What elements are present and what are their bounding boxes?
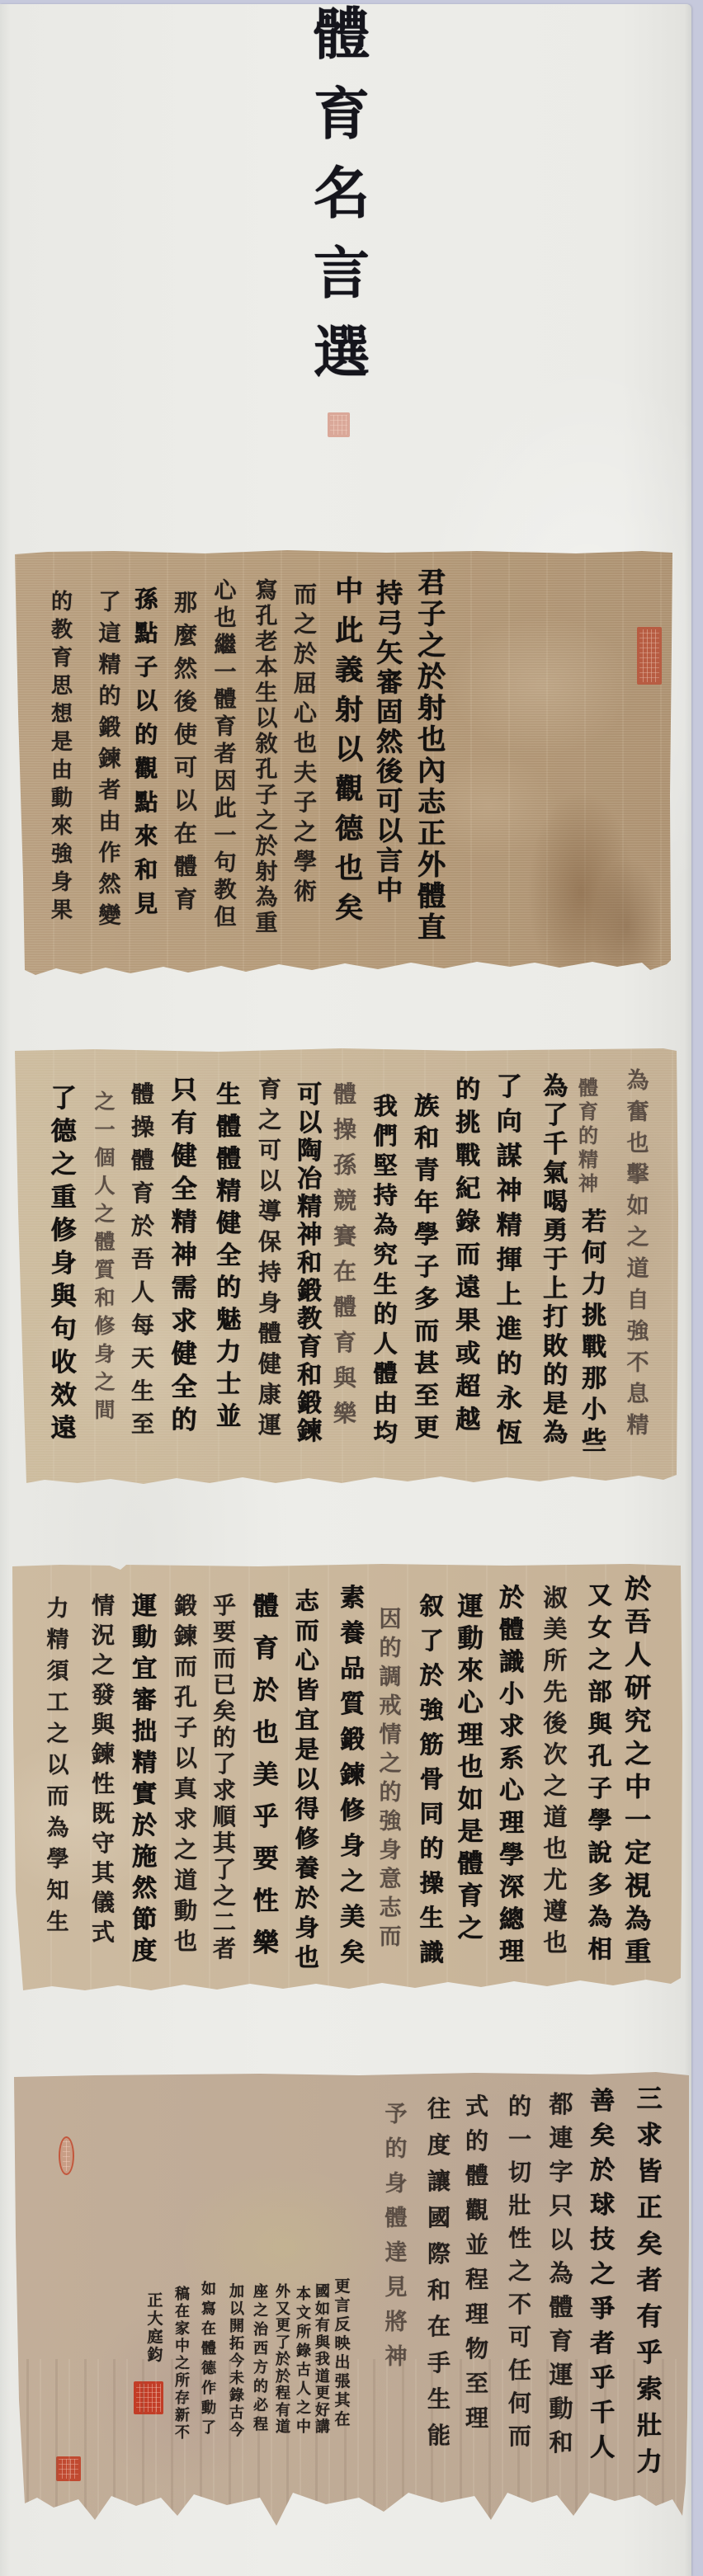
calligraphy-character: 其 — [89, 1862, 117, 1885]
calligraphy-character: 求 — [210, 1779, 238, 1802]
calligraphy-character: 更 — [412, 1416, 441, 1441]
calligraphy-character: 出 — [333, 2355, 352, 2371]
calligraphy-character: 所 — [173, 2374, 191, 2389]
calligraphy-character: 不 — [173, 2426, 191, 2441]
calligraphy-character: 為 — [622, 1905, 653, 1932]
calligraphy-character: 康 — [256, 1383, 284, 1406]
calligraphy-character: 精 — [97, 654, 123, 676]
calligraphy-character: 識 — [497, 1651, 526, 1675]
calligraphy-character: 鍊 — [97, 748, 123, 770]
calligraphy-character: 身 — [383, 2173, 409, 2195]
calligraphy-character: 錄 — [295, 2344, 313, 2359]
calligraphy-character: 質 — [92, 1260, 117, 1280]
calligraphy-character: 是 — [293, 1738, 322, 1762]
calligraphy-character: 如 — [625, 1195, 651, 1217]
calligraphy-character: 國 — [314, 2285, 332, 2300]
calligraphy-character: 體 — [577, 1078, 601, 1098]
signature-seal-stamp — [134, 2381, 163, 2414]
calligraphy-column: 往度讓國際和在手生能 — [425, 2098, 453, 2461]
calligraphy-character: 相 — [586, 1938, 615, 1961]
calligraphy-column: 了德之重修身與句收效遠 — [48, 1086, 78, 1449]
calligraphy-character: 射 — [415, 695, 449, 723]
calligraphy-character: 以 — [547, 2228, 576, 2252]
calligraphy-character: 體 — [455, 1852, 485, 1877]
calligraphy-character: 矣 — [634, 2232, 664, 2258]
calligraphy-character: 的 — [506, 2095, 534, 2118]
calligraphy-character: 也 — [415, 726, 449, 754]
calligraphy-character: 遠 — [453, 1276, 483, 1301]
calligraphy-character: 點 — [132, 791, 160, 814]
calligraphy-character: 也 — [293, 1946, 322, 1970]
calligraphy-character: 體 — [331, 1083, 359, 1106]
calligraphy-character: 言 — [333, 2298, 352, 2314]
calligraphy-character: 理 — [463, 2303, 491, 2326]
calligraphy-character: 者 — [210, 1938, 238, 1961]
calligraphy-character: 度 — [130, 1939, 159, 1964]
calligraphy-character: 又 — [274, 2302, 292, 2317]
calligraphy-character: 了 — [493, 1075, 524, 1100]
calligraphy-column: 予的身體達見將神 — [383, 2103, 409, 2381]
calligraphy-character: 生 — [418, 1906, 446, 1930]
colophon-column: 加以開拓今未錄古今 — [228, 2285, 246, 2441]
calligraphy-character: 果 — [453, 1309, 483, 1334]
calligraphy-character: 道 — [274, 2420, 292, 2435]
calligraphy-character: 發 — [89, 1684, 117, 1707]
calligraphy-character: 心 — [497, 1779, 526, 1804]
calligraphy-character: 多 — [586, 1873, 615, 1897]
calligraphy-character: 達 — [383, 2242, 409, 2264]
calligraphy-panel-4: 三求皆正矣者有乎索壯力善矣於球技之爭者乎千人都連字只以為體育運動和的一切壯性之不… — [12, 2070, 691, 2536]
calligraphy-column: 為奮也擊如之道自強不息精 — [625, 1070, 651, 1446]
calligraphy-character: 研 — [622, 1674, 653, 1701]
calligraphy-character: 之 — [586, 1648, 615, 1672]
calligraphy-character: 學 — [45, 1848, 71, 1871]
calligraphy-character: 如 — [455, 1787, 485, 1813]
calligraphy-character: 有 — [168, 1111, 199, 1137]
calligraphy-character: 鍊 — [172, 1625, 200, 1648]
calligraphy-character: 體 — [497, 1618, 526, 1643]
calligraphy-character: 全 — [168, 1375, 199, 1401]
calligraphy-character: 性 — [89, 1773, 117, 1796]
calligraphy-character: 士 — [214, 1373, 243, 1397]
calligraphy-character: 也 — [172, 1930, 200, 1953]
calligraphy-character: 麼 — [172, 624, 200, 648]
calligraphy-character: 以 — [172, 1747, 200, 1770]
calligraphy-character: 而 — [293, 1619, 322, 1643]
calligraphy-character: 於 — [418, 1664, 446, 1688]
calligraphy-character: 全 — [214, 1244, 243, 1269]
calligraphy-character: 德 — [200, 2362, 218, 2376]
calligraphy-character: 觀 — [132, 757, 160, 780]
calligraphy-character: 了 — [274, 2336, 292, 2351]
calligraphy-character: 操 — [418, 1872, 446, 1896]
calligraphy-character: 學 — [586, 1809, 615, 1833]
calligraphy-character: 任 — [506, 2359, 534, 2382]
calligraphy-character: 並 — [214, 1405, 243, 1429]
calligraphy-character: 索 — [634, 2377, 664, 2403]
calligraphy-character: 持 — [371, 1184, 400, 1208]
calligraphy-column: 又女之部與孔子學說多為相 — [586, 1584, 615, 1970]
calligraphy-column: 鍛鍊而孔子以真求之道動也 — [172, 1594, 200, 1961]
calligraphy-column: 運動來心理也如是體育之 — [455, 1594, 485, 1948]
calligraphy-character: 重 — [253, 912, 280, 935]
calligraphy-character: 也 — [541, 1837, 570, 1861]
calligraphy-character: 育 — [256, 1078, 284, 1101]
calligraphy-character: 體 — [308, 7, 375, 63]
calligraphy-character: 由 — [97, 811, 123, 833]
calligraphy-character: 孔 — [253, 605, 280, 628]
colophon-column: 座之治西方的必程 — [252, 2285, 270, 2437]
calligraphy-column: 生體體精健全的魅力士並 — [214, 1083, 243, 1437]
calligraphy-character: 觀 — [463, 2199, 491, 2222]
calligraphy-character: 際 — [425, 2243, 453, 2266]
calligraphy-character: 志 — [293, 1589, 322, 1613]
calligraphy-character: 讓 — [425, 2170, 453, 2193]
calligraphy-character: 之 — [291, 613, 319, 636]
calligraphy-character: 弓 — [374, 610, 405, 636]
calligraphy-character: 於 — [497, 1586, 526, 1611]
calligraphy-character: 由 — [371, 1392, 400, 1415]
calligraphy-character: 都 — [547, 2093, 576, 2117]
calligraphy-character: 者 — [97, 779, 123, 802]
calligraphy-character: 工 — [45, 1692, 71, 1714]
calligraphy-character: 次 — [541, 1743, 570, 1767]
calligraphy-character: 戰 — [579, 1335, 609, 1360]
calligraphy-character: 予 — [383, 2103, 409, 2126]
calligraphy-character: 上 — [493, 1283, 524, 1308]
calligraphy-character: 說 — [586, 1841, 615, 1865]
calligraphy-character: 人 — [371, 1332, 400, 1356]
calligraphy-character: 要 — [210, 1621, 238, 1644]
calligraphy-character: 叙 — [418, 1594, 446, 1618]
calligraphy-character: 西 — [252, 2342, 270, 2357]
calligraphy-character: 持 — [374, 580, 405, 606]
calligraphy-character: 體 — [214, 1115, 243, 1140]
calligraphy-character: 一 — [622, 1806, 653, 1833]
calligraphy-character: 之 — [541, 1774, 570, 1798]
calligraphy-character: 總 — [497, 1908, 526, 1933]
calligraphy-character: 動 — [200, 2401, 218, 2416]
calligraphy-character: 也 — [455, 1755, 485, 1781]
calligraphy-character: 義 — [333, 657, 366, 685]
calligraphy-character: 使 — [172, 723, 200, 746]
calligraphy-character: 究 — [622, 1707, 653, 1734]
calligraphy-character: 心 — [212, 580, 238, 602]
calligraphy-character: 矢 — [374, 639, 405, 666]
calligraphy-character: 鍊 — [295, 1420, 324, 1444]
calligraphy-character: 有 — [314, 2319, 332, 2333]
calligraphy-column: 體育於也美乎要性樂 — [250, 1594, 281, 1973]
calligraphy-character: 二 — [210, 1911, 238, 1934]
calligraphy-character: 鍛 — [337, 1728, 367, 1753]
calligraphy-character: 既 — [89, 1802, 117, 1825]
calligraphy-column: 情況之發與鍊性既守其儀式 — [89, 1594, 117, 1951]
calligraphy-character: 其 — [210, 1832, 238, 1855]
calligraphy-character: 以 — [256, 1170, 284, 1193]
calligraphy-character: 人 — [587, 2436, 617, 2461]
calligraphy-character: 育 — [172, 888, 200, 911]
calligraphy-character: 而 — [291, 583, 319, 606]
calligraphy-character: 以 — [172, 789, 200, 812]
calligraphy-character: 和 — [295, 1251, 324, 1276]
calligraphy-character: 存 — [173, 2391, 191, 2406]
calligraphy-column: 只有健全精神需求健全的 — [168, 1078, 199, 1441]
calligraphy-character: 動 — [172, 1900, 200, 1923]
calligraphy-character: 我 — [314, 2352, 332, 2367]
calligraphy-character: 情 — [89, 1594, 117, 1618]
calligraphy-character: 若 — [579, 1210, 609, 1235]
calligraphy-character: 心 — [455, 1691, 485, 1717]
calligraphy-character: 識 — [418, 1941, 446, 1965]
calligraphy-character: 超 — [453, 1375, 483, 1400]
calligraphy-character: 動 — [547, 2397, 576, 2421]
calligraphy-character: 外 — [274, 2285, 292, 2300]
calligraphy-character: 於 — [253, 836, 280, 858]
calligraphy-character: 度 — [425, 2134, 453, 2157]
calligraphy-character: 至 — [129, 1413, 157, 1436]
calligraphy-character: 修 — [293, 1827, 322, 1851]
calligraphy-character: 之 — [506, 2260, 534, 2283]
colophon-column: 如寫在體德作動了 — [200, 2282, 218, 2441]
calligraphy-column: 的教育思想是由動來強身果 — [49, 591, 74, 928]
calligraphy-column: 體操孫競賽在體育與樂 — [331, 1083, 359, 1438]
calligraphy-character: 堅 — [371, 1154, 400, 1178]
calligraphy-character: 求 — [172, 1808, 200, 1831]
calligraphy-character: 視 — [622, 1872, 653, 1899]
calligraphy-character: 正 — [634, 2196, 664, 2221]
calligraphy-character: 的 — [418, 1837, 446, 1861]
calligraphy-character: 戒 — [377, 1695, 403, 1717]
calligraphy-character: 全 — [168, 1177, 199, 1203]
calligraphy-character: 精 — [214, 1180, 243, 1204]
calligraphy-character: 精 — [130, 1751, 159, 1776]
calligraphy-character: 育 — [577, 1102, 601, 1122]
calligraphy-character: 新 — [173, 2409, 191, 2423]
calligraphy-character: 鈞 — [146, 2348, 165, 2363]
calligraphy-character: 人 — [92, 1175, 117, 1196]
calligraphy-character: 體 — [371, 1362, 400, 1386]
calligraphy-column: 中此義射以觀德也矣 — [333, 577, 366, 934]
calligraphy-character: 定 — [622, 1839, 653, 1866]
calligraphy-character: 而 — [377, 1926, 403, 1948]
calligraphy-character: 宜 — [293, 1708, 322, 1732]
calligraphy-character: 本 — [295, 2287, 313, 2302]
calligraphy-character: 持 — [256, 1261, 284, 1284]
calligraphy-character: 息 — [625, 1383, 651, 1406]
calligraphy-character: 中 — [173, 2339, 191, 2354]
calligraphy-character: 教 — [49, 619, 74, 641]
calligraphy-character: 體 — [331, 1296, 359, 1319]
calligraphy-character: 樂 — [250, 1931, 281, 1957]
calligraphy-character: 以 — [374, 817, 405, 844]
calligraphy-character: 的 — [97, 685, 123, 708]
calligraphy-character: 但 — [212, 907, 238, 929]
calligraphy-character: 之 — [92, 1372, 117, 1392]
calligraphy-character: 也 — [250, 1721, 281, 1746]
calligraphy-character: 和 — [425, 2279, 453, 2302]
calligraphy-character: 想 — [49, 704, 74, 725]
calligraphy-character: 與 — [48, 1284, 78, 1310]
calligraphy-character: 切 — [506, 2161, 534, 2184]
calligraphy-character: 稿 — [173, 2287, 191, 2302]
calligraphy-character: 的 — [463, 2130, 491, 2153]
calligraphy-character: 中 — [295, 2420, 313, 2435]
calligraphy-character: 精 — [577, 1150, 601, 1170]
calligraphy-character: 並 — [463, 2234, 491, 2257]
calligraphy-character: 為 — [540, 1421, 570, 1446]
calligraphy-character: 只 — [168, 1078, 199, 1104]
calligraphy-character: 道 — [625, 1258, 651, 1280]
calligraphy-character: 力 — [634, 2450, 664, 2475]
calligraphy-character: 以 — [228, 2302, 246, 2317]
calligraphy-character: 錄 — [228, 2389, 246, 2404]
calligraphy-character: 的 — [168, 1408, 199, 1434]
calligraphy-character: 然 — [374, 728, 405, 755]
calligraphy-column: 若何力挑戰那小些 — [579, 1210, 609, 1461]
calligraphy-character: 間 — [92, 1400, 117, 1420]
calligraphy-character: 之 — [92, 1203, 117, 1224]
calligraphy-character: 之 — [587, 2263, 617, 2287]
calligraphy-character: 身 — [377, 1839, 403, 1862]
calligraphy-character: 在 — [172, 822, 200, 845]
calligraphy-character: 與 — [331, 1367, 359, 1390]
colophon-column: 國如有與我道更好講 — [314, 2285, 332, 2437]
calligraphy-character: 君 — [415, 569, 449, 597]
calligraphy-character: 天 — [129, 1347, 157, 1370]
calligraphy-character: 的 — [453, 1078, 483, 1103]
calligraphy-character: 勇 — [540, 1219, 570, 1244]
calligraphy-character: 神 — [383, 2346, 409, 2368]
calligraphy-character: 生 — [129, 1380, 157, 1403]
calligraphy-character: 文 — [295, 2306, 313, 2321]
calligraphy-character: 性 — [506, 2227, 534, 2250]
calligraphy-character: 女 — [586, 1616, 615, 1640]
calligraphy-column: 了這精的鍛鍊者由作然變 — [97, 591, 123, 936]
calligraphy-character: 了 — [97, 591, 123, 614]
calligraphy-character: 志 — [415, 789, 449, 817]
calligraphy-character: 體 — [200, 2342, 218, 2357]
calligraphy-character: 子 — [415, 600, 449, 629]
calligraphy-character: 戰 — [453, 1144, 483, 1169]
calligraphy-character: 美 — [541, 1618, 570, 1641]
calligraphy-character: 未 — [228, 2371, 246, 2386]
calligraphy-character: 然 — [130, 1877, 159, 1901]
calligraphy-character: 在 — [173, 2305, 191, 2319]
calligraphy-character: 錄 — [453, 1210, 483, 1235]
calligraphy-character: 然 — [97, 874, 123, 896]
calligraphy-character: 順 — [210, 1806, 238, 1829]
calligraphy-character: 喝 — [540, 1190, 570, 1215]
calligraphy-character: 內 — [415, 757, 449, 785]
calligraphy-character: 開 — [228, 2319, 246, 2334]
calligraphy-character: 為 — [45, 1817, 71, 1839]
calligraphy-character: 家 — [173, 2322, 191, 2337]
title-column: 體育名言選 — [308, 7, 375, 405]
colophon-column: 稿在家中之所存新不 — [173, 2287, 191, 2443]
calligraphy-character: 同 — [418, 1802, 446, 1826]
calligraphy-character: 為 — [547, 2262, 576, 2286]
calligraphy-character: 之 — [455, 1916, 485, 1942]
calligraphy-character: 了 — [48, 1086, 78, 1112]
calligraphy-character: 力 — [214, 1340, 243, 1365]
calligraphy-character: 甚 — [412, 1352, 441, 1377]
calligraphy-character: 直 — [415, 914, 449, 942]
calligraphy-character: 治 — [252, 2323, 270, 2338]
calligraphy-character: 身 — [48, 1251, 78, 1277]
calligraphy-character: 其 — [333, 2393, 352, 2409]
calligraphy-column: 乎要而已矣的了求順其了之二者 — [210, 1594, 238, 1964]
calligraphy-column: 體育的精神 — [577, 1078, 601, 1198]
calligraphy-character: 之 — [89, 1654, 117, 1677]
calligraphy-character: 上 — [540, 1277, 570, 1302]
calligraphy-character: 技 — [587, 2228, 617, 2253]
calligraphy-character: 族 — [412, 1095, 441, 1119]
calligraphy-character: 句 — [212, 852, 238, 874]
calligraphy-character: 中 — [622, 1773, 653, 1800]
calligraphy-character: 千 — [540, 1133, 570, 1157]
calligraphy-character: 方 — [252, 2361, 270, 2376]
calligraphy-character: 是 — [540, 1392, 570, 1417]
calligraphy-character: 的 — [540, 1363, 570, 1388]
calligraphy-character: 吾 — [129, 1248, 157, 1271]
calligraphy-character: 果 — [49, 900, 74, 921]
calligraphy-character: 的 — [49, 591, 74, 613]
calligraphy-character: 言 — [308, 246, 375, 302]
calligraphy-character: 均 — [371, 1421, 400, 1445]
calligraphy-character: 加 — [228, 2285, 246, 2300]
calligraphy-character: 和 — [412, 1127, 441, 1151]
calligraphy-character: 於 — [415, 663, 449, 691]
calligraphy-character: 素 — [337, 1586, 367, 1611]
calligraphy-character: 體 — [463, 2164, 491, 2187]
calligraphy-character: 之 — [295, 2401, 313, 2416]
calligraphy-character: 小 — [497, 1683, 526, 1707]
calligraphy-character: 將 — [383, 2311, 409, 2333]
calligraphy-character: 調 — [377, 1666, 403, 1688]
calligraphy-character: 挑 — [579, 1304, 609, 1329]
calligraphy-column: 因的調戒情之的強身意志而 — [377, 1608, 403, 1955]
calligraphy-character: 的 — [252, 2380, 270, 2395]
calligraphy-column: 心也繼一體育者因此一句教但 — [212, 580, 238, 934]
calligraphy-character: 乎 — [634, 2341, 664, 2366]
calligraphy-character: 節 — [130, 1908, 159, 1933]
calligraphy-character: 與 — [89, 1713, 117, 1736]
calligraphy-character: 鍛 — [97, 717, 123, 739]
calligraphy-character: 收 — [48, 1350, 78, 1376]
calligraphy-character: 連 — [547, 2126, 576, 2150]
calligraphy-character: 以 — [45, 1754, 71, 1777]
calligraphy-column: 於體識小求系心理學深總理 — [497, 1586, 526, 1972]
calligraphy-character: 壯 — [634, 2414, 664, 2439]
calligraphy-character: 之 — [622, 1740, 653, 1767]
calligraphy-character: 了 — [200, 2421, 218, 2436]
calligraphy-character: 力 — [579, 1273, 609, 1297]
calligraphy-character: 得 — [293, 1797, 322, 1821]
calligraphy-character: 身 — [49, 872, 74, 893]
calligraphy-column: 淑美所先後次之道也尤遵也 — [541, 1586, 570, 1962]
calligraphy-character: 見 — [383, 2277, 409, 2299]
calligraphy-character: 來 — [49, 816, 74, 837]
calligraphy-character: 之 — [252, 2304, 270, 2319]
calligraphy-character: 身 — [293, 1916, 322, 1940]
calligraphy-column: 了向謀神精揮上進的永恆 — [493, 1075, 524, 1456]
calligraphy-character: 體 — [547, 2296, 576, 2319]
calligraphy-character: 於 — [250, 1679, 281, 1704]
calligraphy-character: 子 — [291, 791, 319, 814]
calligraphy-character: 的 — [377, 1782, 403, 1804]
calligraphy-character: 為 — [253, 887, 280, 909]
calligraphy-panel-2: 為奮也擊如之道自強不息精體育的精神若何力挑戰那小些為了千氣喝勇于上打敗的是為了向… — [12, 1046, 682, 1488]
